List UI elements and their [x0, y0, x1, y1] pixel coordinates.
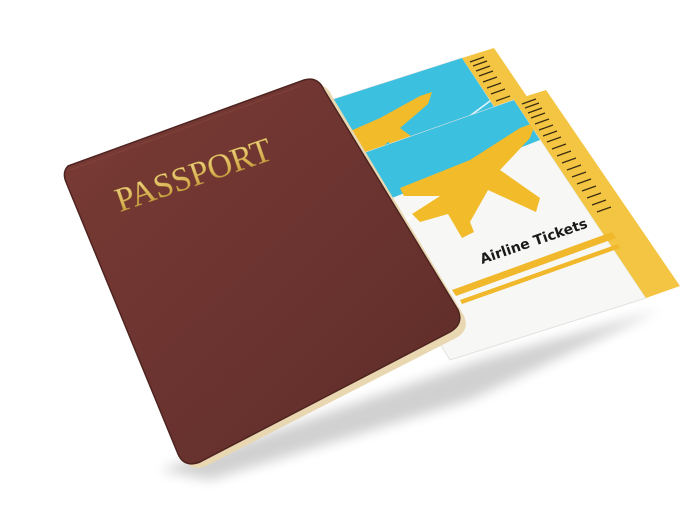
passport-and-tickets-illustration: Airline Tickets PASSPORT: [0, 0, 688, 516]
